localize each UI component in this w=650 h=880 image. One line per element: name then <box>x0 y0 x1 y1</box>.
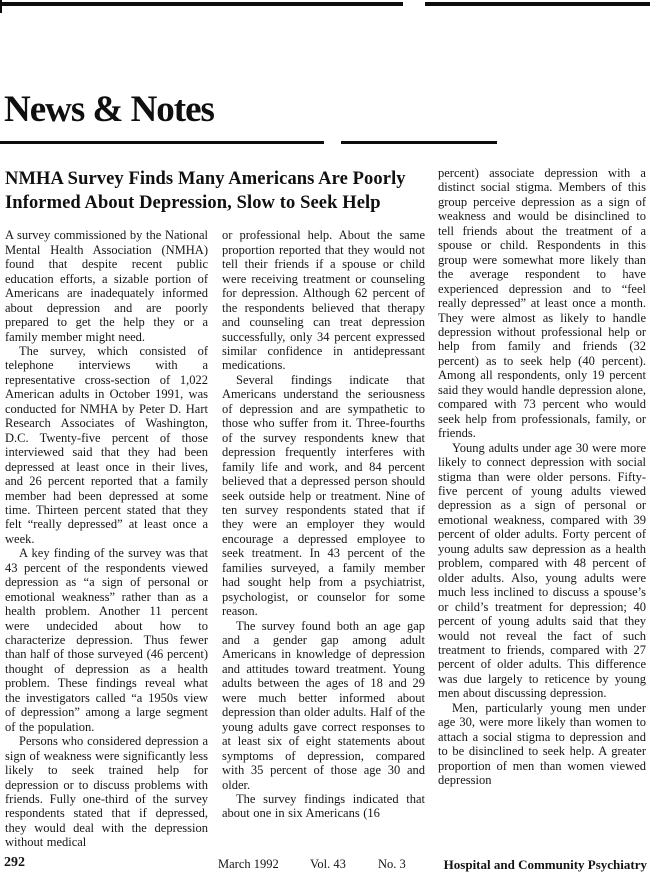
text-column-2: or professional help. About the same pro… <box>222 228 425 849</box>
article-left-block: NMHA Survey Finds Many Americans Are Poo… <box>5 166 425 856</box>
top-rule <box>0 2 650 6</box>
body-paragraph: Persons who considered depression a sign… <box>5 734 208 850</box>
body-paragraph: percent) associate depression with a dis… <box>438 166 646 441</box>
body-paragraph: The survey findings indicated that about… <box>222 792 425 821</box>
masthead-rule-left-segment <box>0 141 324 144</box>
issue-number-label: No. 3 <box>378 857 406 872</box>
two-column-area: A survey commissioned by the National Me… <box>5 228 425 849</box>
body-paragraph: or professional help. About the same pro… <box>222 228 425 373</box>
volume-label: Vol. 43 <box>310 857 346 872</box>
article-headline: NMHA Survey Finds Many Americans Are Poo… <box>5 168 425 215</box>
body-paragraph: Several findings indicate that Americans… <box>222 373 425 619</box>
text-column-3: percent) associate depression with a dis… <box>438 166 646 856</box>
page-number: 292 <box>4 855 25 871</box>
journal-title: Hospital and Community Psychiatry <box>444 857 647 873</box>
masthead-rule-right-segment <box>341 141 497 144</box>
top-rule-right-segment <box>425 2 650 6</box>
section-masthead: News & Notes <box>4 90 214 131</box>
body-paragraph: The survey, which consisted of telephone… <box>5 344 208 546</box>
page-footer: 292 March 1992 Vol. 43 No. 3 Hospital an… <box>0 855 650 877</box>
issue-date: March 1992 <box>218 857 279 872</box>
body-paragraph: Young adults under age 30 were more like… <box>438 441 646 701</box>
top-rule-left-segment <box>0 2 403 6</box>
article-body: NMHA Survey Finds Many Americans Are Poo… <box>5 166 646 856</box>
body-paragraph: Men, particularly young men under age 30… <box>438 701 646 788</box>
text-column-1: A survey commissioned by the National Me… <box>5 228 208 849</box>
body-paragraph: A survey commissioned by the National Me… <box>5 228 208 344</box>
body-paragraph: A key finding of the survey was that 43 … <box>5 546 208 734</box>
journal-page: News & Notes NMHA Survey Finds Many Amer… <box>0 0 650 880</box>
body-paragraph: The survey found both an age gap and a g… <box>222 619 425 792</box>
masthead-rule <box>0 141 497 144</box>
